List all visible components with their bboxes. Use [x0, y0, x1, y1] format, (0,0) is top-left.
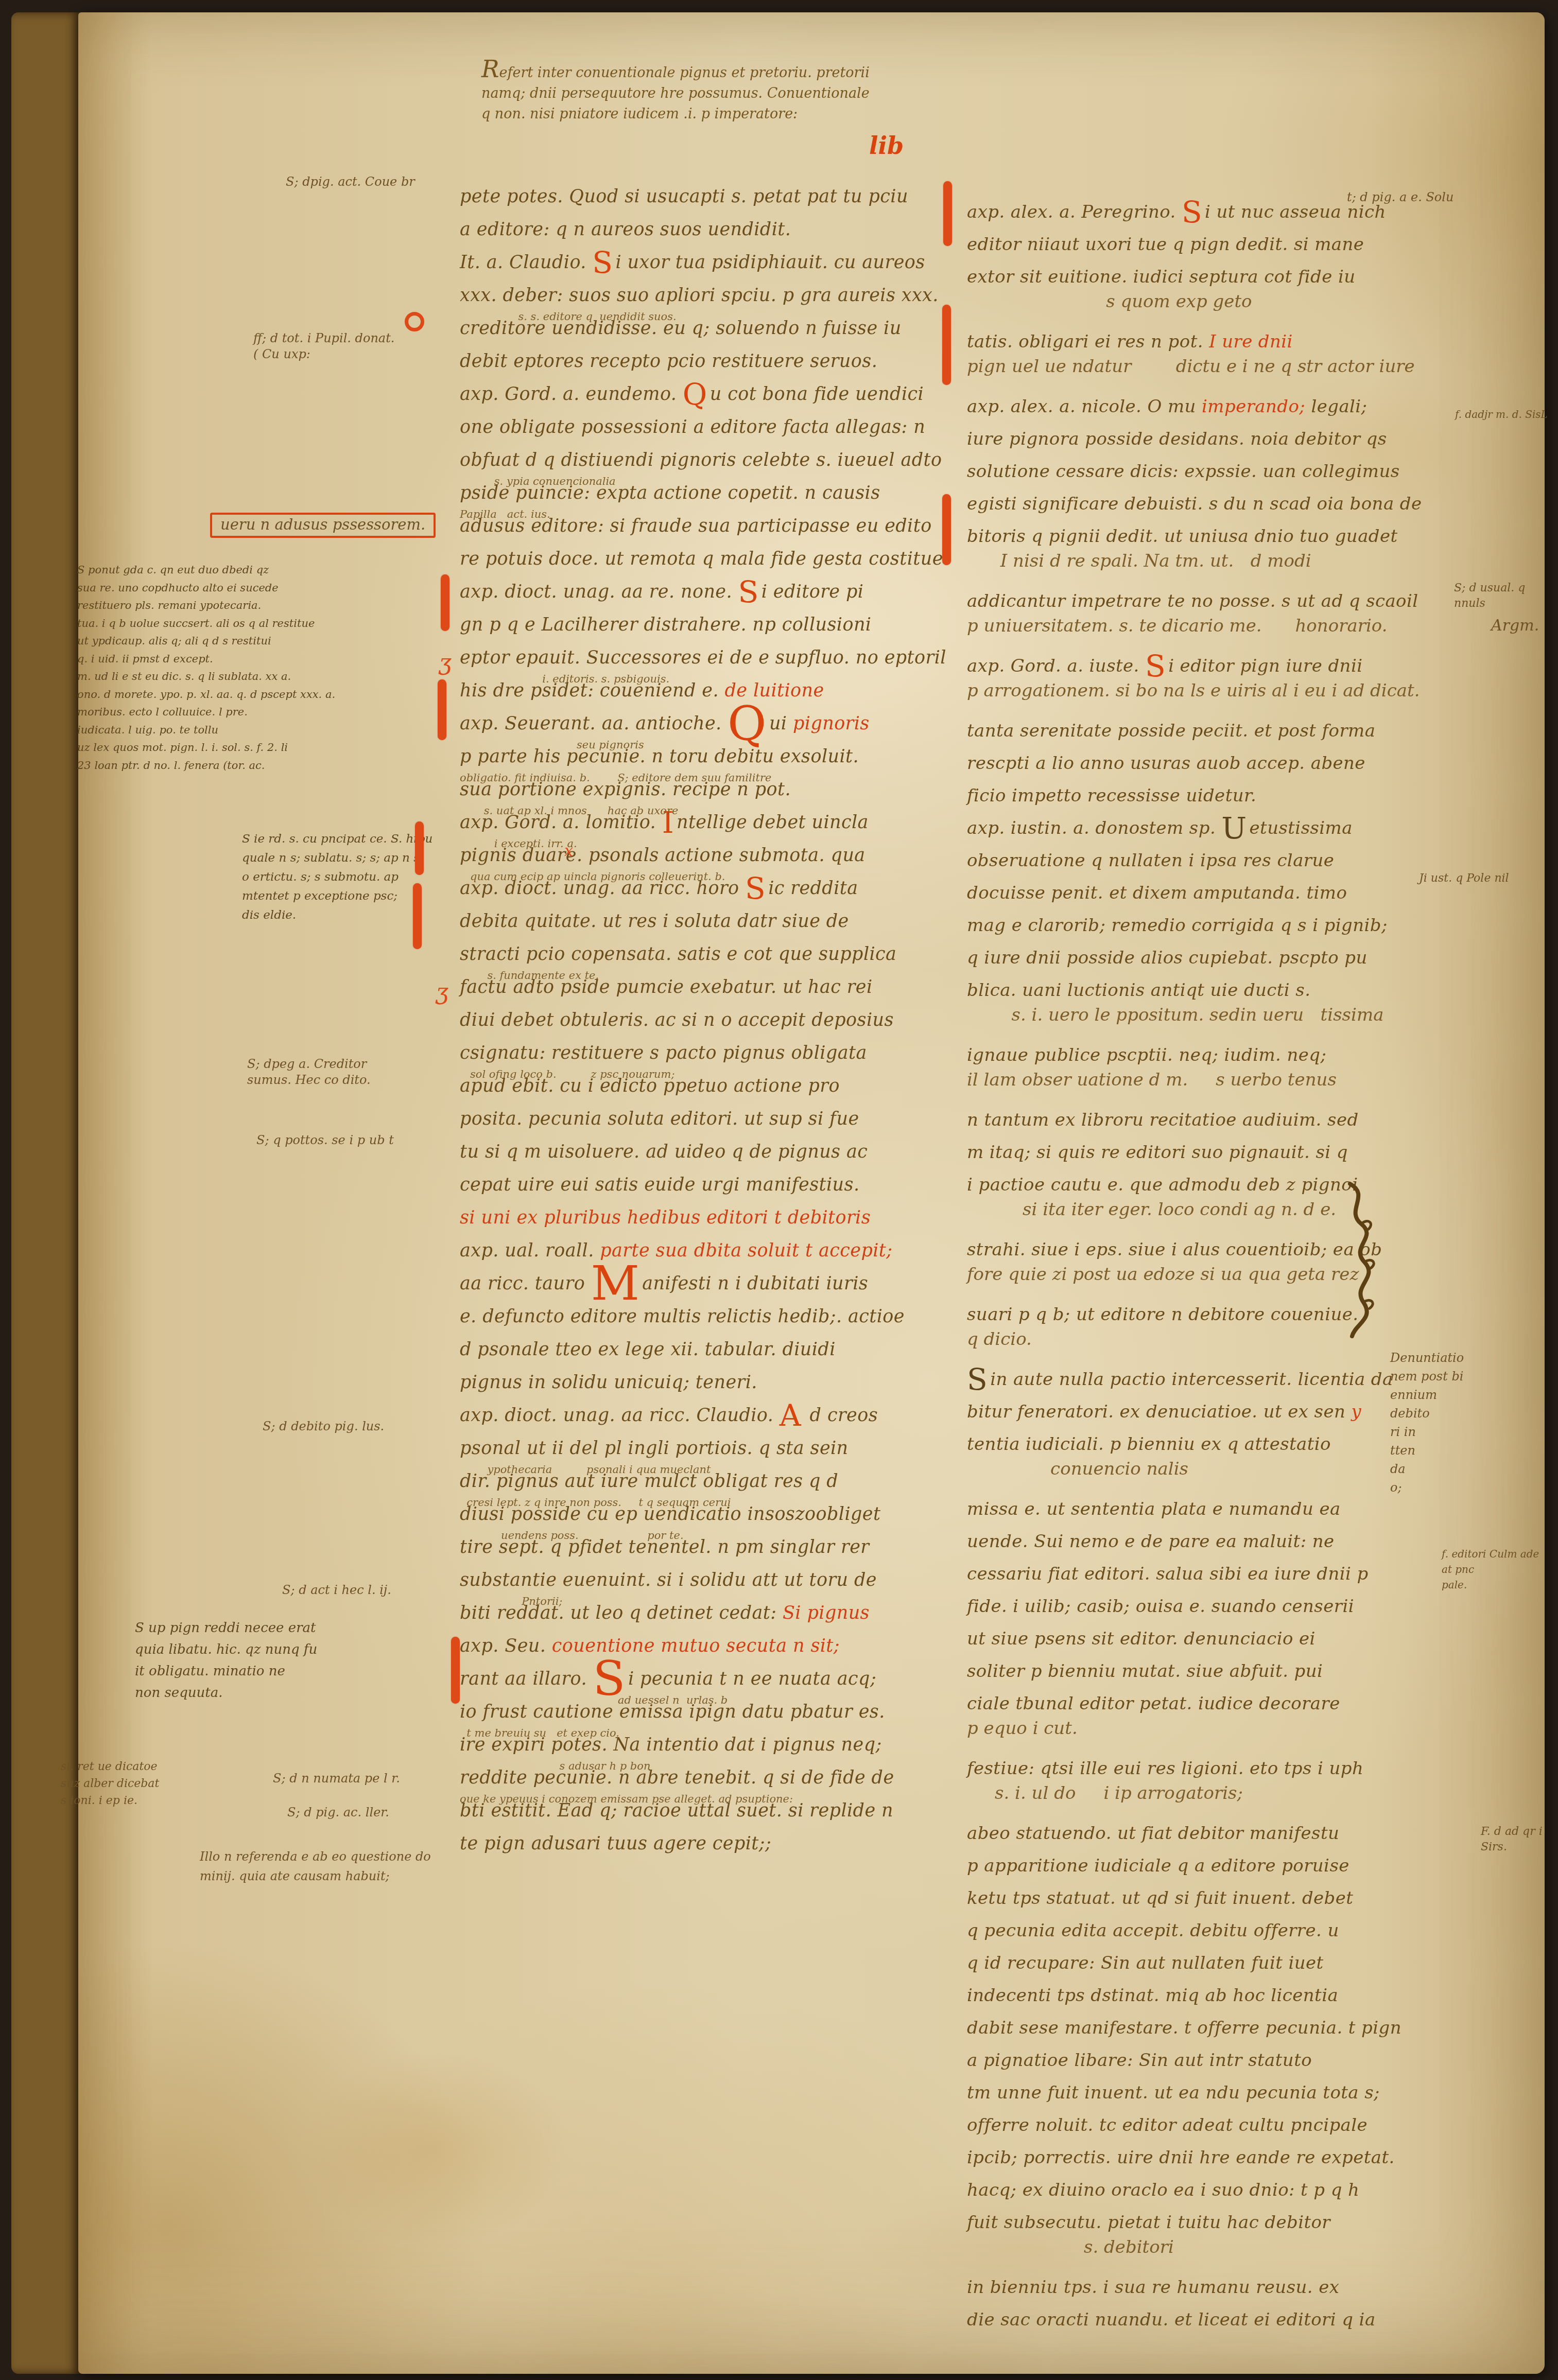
- book-binding-page-edges: [11, 12, 80, 2374]
- manuscript-text-line: tanta serenitate posside peciit. et post…: [967, 721, 1497, 753]
- ink-text: q dicio.: [967, 1329, 1032, 1350]
- rubricated-text: imperando;: [1202, 396, 1305, 417]
- ink-text: axp. dioct. unag. aa re. none.: [460, 582, 738, 602]
- interlinear-gloss-line: fore quie zi post ua edoze si ua qua get…: [967, 1264, 1497, 1297]
- margin-note-right: f. dadjr m. d. SisL: [1455, 407, 1548, 422]
- ink-text: etustissima: [1250, 818, 1353, 838]
- manuscript-text-line: a editore: q n aureos suos uendidit.: [460, 219, 941, 252]
- ink-text: csignatu: restituere s pacto pignus obli…: [460, 1043, 867, 1063]
- manuscript-text-line: die sac oracti nuandu. et liceat ei edit…: [967, 2309, 1497, 2342]
- manuscript-text-line: axp. dioct. unag. aa ricc. horo Sic redd…: [460, 878, 941, 911]
- marginal-flourish: [1335, 1180, 1386, 1339]
- ink-text: legali;: [1305, 396, 1367, 417]
- ink-text: axp. Gord. a. eundemo.: [460, 384, 683, 405]
- ink-text: ketu tps statuat. ut qd si fuit inuent. …: [967, 1888, 1353, 1909]
- red-paraph-mark: ʒ: [439, 650, 452, 676]
- ink-text: p arrogationem. si bo na ls e uiris al i…: [967, 680, 1420, 701]
- ink-text: uende. Sui nemo e de pare ea maluit: ne: [967, 1531, 1335, 1552]
- rubricated-text: M: [591, 1256, 640, 1311]
- ink-text: extor sit euitione. iudici septura cot f…: [967, 267, 1355, 287]
- ink-text: pete potes. Quod si usucapti s. petat pa…: [460, 186, 908, 207]
- ink-text: conuencio nalis: [967, 1459, 1188, 1479]
- margin-note-left: S; d pig. ac. ller.: [287, 1805, 389, 1821]
- rubricated-text: Q: [683, 377, 707, 412]
- manuscript-text-line: tm unne fuit inuent. ut ea ndu pecunia t…: [967, 2082, 1497, 2115]
- manuscript-text-line: axp. Gord. a. eundemo. Qu cot bona fide …: [460, 384, 941, 417]
- ink-text: i pactioe cautu e. que admodu deb z pign…: [967, 1175, 1358, 1195]
- red-paraph-mark: x: [564, 842, 573, 860]
- left-text-column: pete potes. Quod si usucapti s. petat pa…: [460, 186, 941, 1866]
- ink-text: n tantum ex libroru recitatioe audiuim. …: [967, 1110, 1359, 1130]
- margin-note-left: si. ret ue dicatoe suz alber dicebat s i…: [61, 1758, 159, 1809]
- ink-text: obfuat d q distiuendi pignoris celebte s…: [460, 450, 942, 470]
- manuscript-text-line: abeo statuendo. ut fiat debitor manifest…: [967, 1823, 1497, 1856]
- ink-text: die sac oracti nuandu. et liceat ei edit…: [967, 2309, 1376, 2330]
- manuscript-text-line: missa e. ut sententia plata e numandu ea: [967, 1499, 1497, 1531]
- manuscript-text-line: p apparitione iudiciale q a editore poru…: [967, 1856, 1497, 1888]
- manuscript-text-line: m itaq; si quis re editori suo pignauit.…: [967, 1142, 1497, 1175]
- manuscript-text-line: docuisse penit. et dixem amputanda. timo: [967, 883, 1497, 915]
- manuscript-text-line: debita quitate. ut res i soluta datr siu…: [460, 911, 941, 944]
- ink-text: p uniuersitatem. s. te dicario me. honor…: [967, 616, 1388, 636]
- manuscript-text-line: dabit sese manifestare. t offerre pecuni…: [967, 2018, 1497, 2050]
- ink-text: debita quitate. ut res i soluta datr siu…: [460, 911, 849, 932]
- manuscript-text-line: re potuis doce. ut remota q mala fide ge…: [460, 549, 941, 582]
- ink-text: egisti significare debuisti. s du n scad…: [967, 494, 1422, 514]
- manuscript-text-line: a pignatioe libare: Sin aut intr statuto: [967, 2050, 1497, 2082]
- margin-note-right: t; d pig. a e. Solu: [1347, 189, 1453, 205]
- ink-text: ic reddita: [768, 878, 858, 899]
- rubricated-text: S: [592, 245, 613, 280]
- rubricated-text: Si pignus: [783, 1603, 870, 1623]
- interlinear-gloss-line: p uniuersitatem. s. te dicario me. honor…: [967, 616, 1497, 648]
- ink-text: addicantur impetrare te no posse. s ut a…: [967, 591, 1418, 611]
- parchment-stain: [300, 2051, 567, 2246]
- ink-text: s. i. uero le ppositum. sedin ueru tissi…: [967, 1005, 1383, 1025]
- ink-text: cresi lept. z q inre non poss. t q sequa…: [460, 1496, 731, 1509]
- manuscript-text-line: uende. Sui nemo e de pare ea maluit: ne: [967, 1531, 1497, 1564]
- ink-text: editor niiaut uxori tue q pign dedit. si…: [967, 234, 1364, 255]
- ink-text: xxx. deber: suos suo apliori spciu. p gr…: [460, 285, 939, 306]
- margin-note-left: Illo n referenda e ab eo questione do mi…: [200, 1847, 431, 1886]
- red-initial-bar: [942, 305, 951, 385]
- manuscript-text-line: iure pignora posside desidans. noia debi…: [967, 429, 1497, 461]
- ink-text: m itaq; si quis re editori suo pignauit.…: [967, 1142, 1348, 1163]
- ink-text: s quom exp geto: [967, 291, 1252, 312]
- margin-note-left: S; q pottos. se i p ub t: [256, 1132, 394, 1148]
- margin-note-left: S; dpeg a. Creditor sumus. Hec co dito.: [247, 1056, 371, 1088]
- ink-text: axp. Seuerant. aa. antioche.: [460, 713, 728, 734]
- manuscript-photo: Refert inter conuentionale pignus et pre…: [0, 0, 1558, 2380]
- manuscript-text-line: soliter p bienniu mutat. siue abfuit. pu…: [967, 1661, 1497, 1693]
- margin-note-left: S; dpig. act. Coue br: [286, 174, 415, 190]
- ink-text: fide. i uilib; casib; ouisa e. suando ce…: [967, 1596, 1354, 1617]
- manuscript-text-line: bti estitit. Ead q; racioe uttal suet. s…: [460, 1800, 941, 1833]
- ink-text: suari p q b; ut editore n debitore couen…: [967, 1304, 1358, 1325]
- ink-text: d creos: [804, 1405, 878, 1426]
- ink-text: festiue: qtsi ille eui res ligioni. eto …: [967, 1758, 1363, 1779]
- ink-text: seu pignoris: [460, 739, 644, 751]
- ink-text: bitur feneratori. ex denuciatioe. ut ex …: [967, 1402, 1351, 1422]
- manuscript-text-line: pignus in solidu unicuiq; teneri.: [460, 1372, 941, 1405]
- rubricated-text: y: [1351, 1402, 1361, 1422]
- manuscript-text-line: n tantum ex libroru recitatioe audiuim. …: [967, 1110, 1497, 1142]
- rubricated-text: pignoris: [793, 713, 870, 734]
- ink-text: ntellige debet uincla: [677, 812, 869, 833]
- ink-text: solutione cessare dicis: expssie. uan co…: [967, 461, 1400, 482]
- ink-text: tu si q m uisoluere. ad uideo q de pignu…: [460, 1142, 868, 1162]
- red-initial-bar: [943, 181, 952, 246]
- manuscript-text-line: d psonale tteo ex lege xii. tabular. diu…: [460, 1339, 941, 1372]
- ink-text: hacq; ex diuino oraclo ea i suo dnio: t …: [967, 2180, 1359, 2200]
- ink-text: diui debet obtuleris. ac si n o accepit …: [460, 1010, 894, 1030]
- interlinear-gloss-line: s. i. uero le ppositum. sedin ueru tissi…: [967, 1005, 1497, 1037]
- red-initial-bar: [451, 1637, 460, 1704]
- ink-text: i pecunia t n ee nuata acq;: [628, 1669, 876, 1689]
- ink-text: s. fundamente ex te.: [460, 969, 599, 982]
- margin-gloss-left: S ie rd. s. cu pncipat ce. S. hipu quale…: [242, 830, 432, 925]
- manuscript-text-line: tire sept. q pfidet tenentel. n pm singl…: [460, 1537, 941, 1570]
- ink-text: mag e clarorib; remedio corrigida q s i …: [967, 915, 1388, 936]
- interlinear-gloss-line: I nisi d re spali. Na tm. ut. d modi: [967, 551, 1497, 583]
- ink-text: axp. Seu.: [460, 1636, 552, 1656]
- manuscript-text-line: indecenti tps dstinat. miq ab hoc licent…: [967, 1985, 1497, 2018]
- ink-text: pign uel ue ndatur dictu e i ne q str ac…: [967, 356, 1415, 377]
- manuscript-text-line: apud ebit. cu i edicto ppetuo actione pr…: [460, 1076, 941, 1109]
- ink-text: qua cum ecip ap uincla pignoris colleuer…: [460, 870, 725, 883]
- manuscript-text-line: in bienniu tps. i sua re humanu reusu. e…: [967, 2277, 1497, 2309]
- margin-note-right: f. editori Culm ade at pnc pale.: [1442, 1546, 1539, 1592]
- manuscript-text-line: adusus editore: si fraude sua participas…: [460, 516, 941, 549]
- ink-text: fore quie zi post ua edoze si ua qua get…: [967, 1264, 1359, 1285]
- ink-text: si ita iter eger. loco condi ag n. d e.: [967, 1199, 1336, 1220]
- margin-gloss-block-left: S ponut gda c. qn eut duo dbedi qz sua r…: [77, 561, 427, 774]
- ink-text: s. uat ap xl. i mnos hac ab uxore: [460, 804, 678, 817]
- ink-text: re potuis doce. ut remota q mala fide ge…: [460, 549, 949, 569]
- manuscript-text-line: offerre noluit. tc editor adeat cultu pn…: [967, 2115, 1497, 2147]
- ink-text: i. editoris. s. psbigouis.: [460, 673, 669, 685]
- rubricated-text: S: [1145, 649, 1166, 684]
- ink-text: soliter p bienniu mutat. siue abfuit. pu…: [967, 1661, 1323, 1682]
- manuscript-text-line: axp. dioct. unag. aa ricc. Claudio. A d …: [460, 1405, 941, 1438]
- rubricated-text: I ure dnii: [1209, 331, 1293, 352]
- ink-text: axp. alex. a. Peregrino.: [967, 202, 1182, 222]
- manuscript-text-line: q pecunia edita accepit. debitu offerre.…: [967, 1920, 1497, 1953]
- manuscript-text-line: egisti significare debuisti. s du n scad…: [967, 494, 1497, 526]
- ink-text: strahi. siue i eps. siue i alus couentio…: [967, 1239, 1382, 1260]
- ink-text: e. defuncto editore multis relictis hedi…: [460, 1306, 905, 1327]
- ink-text: tatis. obligari ei res n pot.: [967, 331, 1209, 352]
- manuscript-text-line: diui debet obtuleris. ac si n o accepit …: [460, 1010, 941, 1043]
- manuscript-text-line: his dre psidet: coueniend e. de luitione: [460, 680, 941, 713]
- manuscript-text-line: ut siue psens sit editor. denunciacio ei: [967, 1629, 1497, 1661]
- interlinear-gloss-line: pign uel ue ndatur dictu e i ne q str ac…: [967, 356, 1497, 389]
- ink-text: i excepti. irr. a.: [460, 837, 577, 850]
- red-initial-bar: [942, 494, 951, 565]
- manuscript-text-line: fide. i uilib; casib; ouisa e. suando ce…: [967, 1596, 1497, 1629]
- manuscript-text-line: one obligate possessioni a editore facta…: [460, 417, 941, 450]
- header-annotation: Refert inter conuentionale pignus et pre…: [481, 59, 904, 125]
- ink-text: s. s. editore q uendidit suos.: [460, 310, 677, 323]
- margin-note-left: S; d n numata pe l r.: [273, 1771, 400, 1787]
- manuscript-text-line: editor niiaut uxori tue q pign dedit. si…: [967, 234, 1497, 267]
- ink-text: substantie euenuint. si i solidu att ut …: [460, 1570, 877, 1590]
- rubricated-text: parte sua dbita soluit t accepit;: [600, 1240, 892, 1261]
- ink-text: missa e. ut sententia plata e numandu ea: [967, 1499, 1341, 1519]
- ink-text: i editore pi: [761, 582, 864, 602]
- ink-text: stracti pcio copensata. satis e cot que …: [460, 944, 896, 965]
- ink-text: s. i. ul do i ip arrogatoris;: [967, 1783, 1243, 1804]
- manuscript-text-line: cepat uire eui satis euide urgi manifest…: [460, 1175, 941, 1207]
- folio-mark: lib: [869, 132, 904, 160]
- ink-text: ficio impetto recessisse uidetur.: [967, 785, 1256, 806]
- ink-text: a pignatioe libare: Sin aut intr statuto: [967, 2050, 1312, 2071]
- manuscript-text-line: axp. alex. a. nicole. O mu imperando; le…: [967, 396, 1497, 429]
- margin-note-right: F. d ad qr i Sirs.: [1481, 1824, 1543, 1855]
- ink-text: tm unne fuit inuent. ut ea ndu pecunia t…: [967, 2082, 1380, 2103]
- margin-note-left: ff; d tot. i Pupil. donat. ( Cu uxp:: [253, 330, 394, 362]
- manuscript-text-line: tu si q m uisoluere. ad uideo q de pignu…: [460, 1142, 941, 1175]
- ink-text: in bienniu tps. i sua re humanu reusu. e…: [967, 2277, 1339, 2298]
- interlinear-gloss-line: il lam obser uatione d m. s uerbo tenus: [967, 1070, 1497, 1102]
- rubricated-text: U: [1221, 811, 1247, 846]
- header-annotation-line: namq; dnii persequutore hre possumus. Co…: [481, 83, 904, 104]
- ink-text: aa ricc. tauro: [460, 1273, 591, 1294]
- manuscript-text-line: axp. Seu. couentione mutuo secuta n sit;: [460, 1636, 941, 1669]
- margin-note-right: S; d usual. q nnuls: [1454, 581, 1558, 611]
- margin-note-left: S; d debito pig. lus.: [263, 1419, 384, 1434]
- ink-text: t me breuiu su et exep cio.: [460, 1727, 619, 1739]
- ink-text: obligatio. fit indiuisa. b. S; editore d…: [460, 772, 771, 784]
- ink-text: obseruatione q nullaten i ipsa res claru…: [967, 850, 1334, 871]
- ink-text: fuit subsecutu. pietat i tuitu hac debit…: [967, 2212, 1330, 2233]
- ink-text: docuisse penit. et dixem amputanda. timo: [967, 883, 1347, 903]
- manuscript-text-line: pete potes. Quod si usucapti s. petat pa…: [460, 186, 941, 219]
- manuscript-text-line: te pign adusari tuus agere cepit;;: [460, 1833, 941, 1866]
- manuscript-text-line: posita. pecunia soluta editori. ut sup s…: [460, 1109, 941, 1142]
- ink-text: ad uessel n urlas. b: [460, 1694, 728, 1706]
- interlinear-gloss-line: p arrogationem. si bo na ls e uiris al i…: [967, 680, 1497, 713]
- ink-text: It. a. Claudio.: [460, 252, 592, 273]
- ink-text: axp. alex. a. nicole. O mu: [967, 396, 1202, 417]
- manuscript-text-line: gn p q e Lacilherer distrahere. np collu…: [460, 615, 941, 647]
- ink-text: oue ke ypeuus i conozem emissam pse alle…: [460, 1793, 793, 1805]
- ink-text: ui: [769, 713, 793, 734]
- margin-note-right: Argm.: [1491, 618, 1539, 634]
- ink-text: Pntorii;: [460, 1595, 562, 1607]
- margin-note-right: Denuntiatio nem post bi ennium debito ri…: [1390, 1349, 1464, 1497]
- manuscript-text-line: axp. ual. roall. parte sua dbita soluit …: [460, 1240, 941, 1273]
- margin-note-left: S; d act i hec l. ij.: [282, 1582, 391, 1598]
- margin-gloss-left: S up pign reddi necee erat quia libatu. …: [135, 1617, 317, 1704]
- ink-text: p apparitione iudiciale q a editore poru…: [967, 1856, 1349, 1876]
- manuscript-text-line: creditore uendidisse. eu q; soluendo n f…: [460, 318, 941, 351]
- interlinear-gloss-line: s quom exp geto: [967, 291, 1497, 324]
- ink-text: posita. pecunia soluta editori. ut sup s…: [460, 1109, 859, 1129]
- manuscript-text-line: q id recupare: Sin aut nullaten fuit iue…: [967, 1953, 1497, 1985]
- rubricated-text: S: [738, 574, 759, 609]
- rubricated-text: A: [780, 1398, 801, 1433]
- manuscript-text-line: rescpti a lio anno usuras auob accep. ab…: [967, 753, 1497, 785]
- interlinear-gloss-line: p equo i cut.: [967, 1718, 1497, 1751]
- interlinear-gloss-line: s. debitori: [967, 2237, 1497, 2269]
- ink-text: gn p q e Lacilherer distrahere. np collu…: [460, 615, 871, 635]
- ink-text: axp. Gord. a. iuste.: [967, 656, 1145, 676]
- manuscript-text-line: aa ricc. tauro Manifesti n i dubitati iu…: [460, 1273, 941, 1306]
- rubricated-text: S: [745, 871, 766, 906]
- ink-text: Papilla act. ius.: [460, 508, 550, 520]
- manuscript-text-line: obseruatione q nullaten i ipsa res claru…: [967, 850, 1497, 883]
- margin-note-right: Ji ust. q Pole nil: [1419, 871, 1509, 886]
- ink-text: ypothecaria psonali i qua mueclant: [460, 1463, 711, 1476]
- ink-text: I nisi d re spali. Na tm. ut. d modi: [967, 551, 1311, 571]
- red-paraph-mark: ʒ: [436, 979, 448, 1005]
- ink-text: axp. dioct. unag. aa ricc. Claudio.: [460, 1405, 780, 1426]
- manuscript-text-line: ipcib; porrectis. uire dnii hre eande re…: [967, 2147, 1497, 2180]
- ink-text: ut siue psens sit editor. denunciacio ei: [967, 1629, 1315, 1649]
- ink-text: s adusar h p bon: [460, 1760, 650, 1772]
- ink-text: indecenti tps dstinat. miq ab hoc licent…: [967, 1985, 1338, 2006]
- ink-text: ciale tbunal editor petat. iudice decora…: [967, 1693, 1340, 1714]
- rubricated-text: si uni ex pluribus hedibus editori t deb…: [460, 1207, 871, 1228]
- manuscript-text-line: cessariu fiat editori. salua sibi ea iur…: [967, 1564, 1497, 1596]
- ink-text: bitoris q pignii dedit. ut uniusa dnio t…: [967, 526, 1398, 547]
- ink-text: tanta serenitate posside peciit. et post…: [967, 721, 1375, 741]
- ink-text: one obligate possessioni a editore facta…: [460, 417, 925, 437]
- manuscript-text-line: ketu tps statuat. ut qd si fuit inuent. …: [967, 1888, 1497, 1920]
- ink-text: abeo statuendo. ut fiat debitor manifest…: [967, 1823, 1339, 1844]
- ink-text: p equo i cut.: [967, 1718, 1078, 1739]
- ink-text: debit eptores recepto pcio restituere se…: [460, 351, 877, 372]
- red-initial-bar: [415, 821, 424, 875]
- ink-text: pignus in solidu unicuiq; teneri.: [460, 1372, 757, 1393]
- margin-note-boxed-red: ueru n adusus pssessorem.: [210, 513, 436, 538]
- manuscript-text-line: factu adto pside pumcie exebatur. ut hac…: [460, 977, 941, 1010]
- interlinear-gloss-line: s. i. ul do i ip arrogatoris;: [967, 1783, 1497, 1815]
- rubricated-text: Q: [728, 696, 767, 751]
- manuscript-text-line: biti reddat. ut leo q detinet cedat: Si …: [460, 1603, 941, 1636]
- ink-text: q iure dnii posside alios cupiebat. pscp…: [967, 948, 1367, 968]
- ink-text: in aute nulla pactio intercesserit. lice…: [990, 1369, 1393, 1390]
- ink-text: q pecunia edita accepit. debitu offerre.…: [967, 1920, 1339, 1941]
- manuscript-text-line: mag e clarorib; remedio corrigida q s i …: [967, 915, 1497, 948]
- red-initial-bar: [441, 574, 449, 631]
- ink-text: ignaue publice pscptii. neq; iudim. neq;: [967, 1045, 1326, 1065]
- manuscript-text-line: e. defuncto editore multis relictis hedi…: [460, 1306, 941, 1339]
- interlinear-gloss-line: si ita iter eger. loco condi ag n. d e.: [967, 1199, 1497, 1232]
- ink-text: q id recupare: Sin aut nullaten fuit iue…: [967, 1953, 1324, 1973]
- ink-text: s. ypia conuencionalia: [460, 475, 616, 487]
- ink-text: i uxor tua psidiphiauit. cu aureos: [616, 252, 925, 273]
- red-initial-bar: [438, 679, 446, 740]
- ink-text: rescpti a lio anno usuras auob accep. ab…: [967, 753, 1365, 774]
- ink-text: i editor pign iure dnii: [1168, 656, 1362, 676]
- red-initial-bar: [413, 883, 422, 949]
- ink-text: u cot bona fide uendici: [710, 384, 924, 405]
- ink-text: axp. iustin. a. donostem sp.: [967, 818, 1221, 838]
- ink-text: s. debitori: [967, 2237, 1174, 2257]
- ink-text: uendens poss. por te.: [460, 1529, 684, 1542]
- ink-text: cessariu fiat editori. salua sibi ea iur…: [967, 1564, 1369, 1584]
- manuscript-text-line: axp. dioct. unag. aa re. none. Si editor…: [460, 582, 941, 615]
- manuscript-text-line: si uni ex pluribus hedibus editori t deb…: [460, 1207, 941, 1240]
- ink-text: sol ofing loco b. z psc nouarum;: [460, 1068, 675, 1080]
- ink-text: a editore: q n aureos suos uendidit.: [460, 219, 791, 240]
- header-annotation-line: Refert inter conuentionale pignus et pre…: [481, 59, 904, 83]
- red-ring-mark: [405, 312, 424, 331]
- ink-text: te pign adusari tuus agere cepit;;: [460, 1833, 771, 1854]
- ink-text: offerre noluit. tc editor adeat cultu pn…: [967, 2115, 1367, 2136]
- ink-text: anifesti n i dubitati iuris: [642, 1273, 868, 1294]
- manuscript-text-line: It. a. Claudio. Si uxor tua psidiphiauit…: [460, 252, 941, 285]
- ink-text: iure pignora posside desidans. noia debi…: [967, 429, 1387, 449]
- ink-text: psonal ut ii del pl ingli portiois. q st…: [460, 1438, 849, 1459]
- ink-text: d psonale tteo ex lege xii. tabular. diu…: [460, 1339, 836, 1360]
- ink-text: dabit sese manifestare. t offerre pecuni…: [967, 2018, 1401, 2038]
- manuscript-text-line: axp. alex. a. Peregrino. Si ut nuc asseu…: [967, 202, 1497, 234]
- rubricated-text: S: [967, 1362, 988, 1397]
- ink-text: eptor epauit. Successores ei de e supflu…: [460, 647, 946, 668]
- ink-text: blica. uani luctionis antiqt uie ducti s…: [967, 980, 1310, 1001]
- header-annotation-line: q non. nisi pniatore iudicem .i. p imper…: [481, 104, 904, 125]
- manuscript-text-line: hacq; ex diuino oraclo ea i suo dnio: t …: [967, 2180, 1497, 2212]
- ink-text: rant aa illaro.: [460, 1669, 593, 1689]
- ink-text: il lam obser uatione d m. s uerbo tenus: [967, 1070, 1337, 1090]
- ink-text: tentia iudiciali. p bienniu ex q attesta…: [967, 1434, 1331, 1455]
- manuscript-text-line: axp. iustin. a. donostem sp. Uetustissim…: [967, 818, 1497, 850]
- manuscript-text-line: solutione cessare dicis: expssie. uan co…: [967, 461, 1497, 494]
- ink-text: cepat uire eui satis euide urgi manifest…: [460, 1175, 859, 1195]
- manuscript-text-line: q iure dnii posside alios cupiebat. pscp…: [967, 948, 1497, 980]
- right-text-column: axp. alex. a. Peregrino. Si ut nuc asseu…: [967, 202, 1497, 2342]
- ink-text: axp. ual. roall.: [460, 1240, 600, 1261]
- ink-text: ipcib; porrectis. uire dnii hre eande re…: [967, 2147, 1395, 2168]
- rubricated-text: S: [1182, 195, 1202, 230]
